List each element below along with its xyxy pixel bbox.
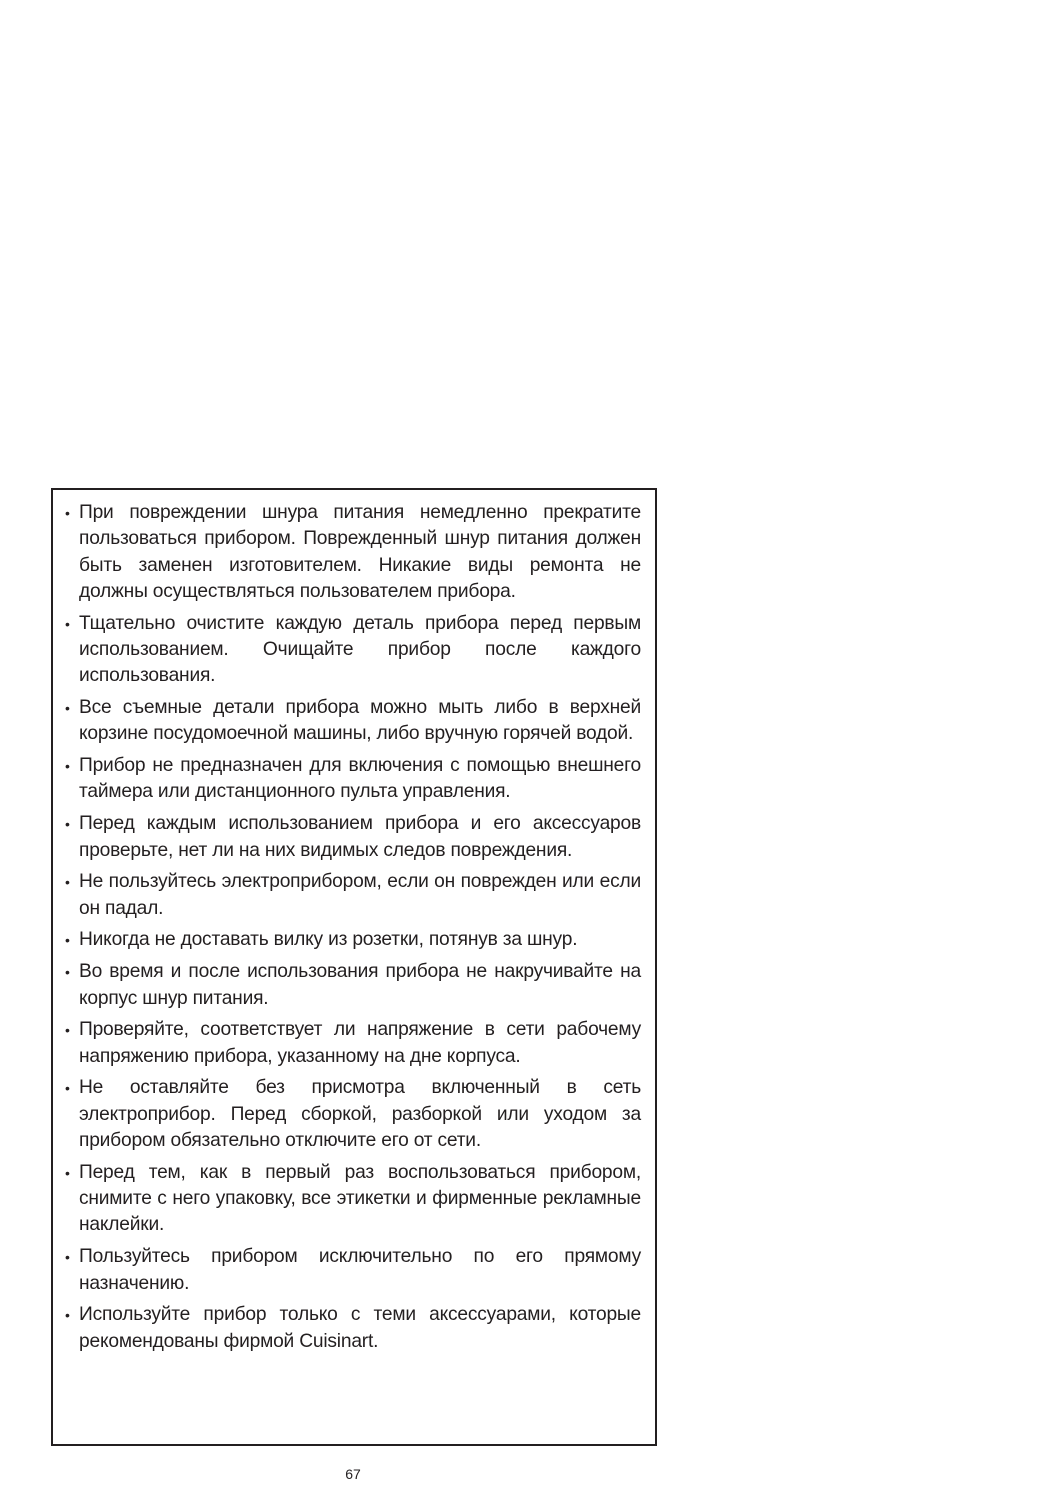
safety-item: •Во время и после использования прибора … <box>65 959 641 1012</box>
safety-item-text: Тщательно очистите каждую деталь прибора… <box>79 611 641 690</box>
safety-item-text: Не пользуйтесь электроприбором, если он … <box>79 869 641 922</box>
safety-item: •Пользуйтесь прибором исключительно по е… <box>65 1244 641 1297</box>
safety-item-text: Никогда не доставать вилку из розетки, п… <box>79 927 641 953</box>
bullet-icon: • <box>65 1075 70 1101</box>
safety-item: •Никогда не доставать вилку из розетки, … <box>65 927 641 953</box>
bullet-icon: • <box>65 1160 70 1186</box>
bullet-icon: • <box>65 1244 70 1270</box>
safety-instructions-box: •При повреждении шнура питания немедленн… <box>51 488 657 1446</box>
safety-item-text: При повреждении шнура питания немедленно… <box>79 500 641 605</box>
safety-item-text: Все съемные детали прибора можно мыть ли… <box>79 695 641 748</box>
bullet-icon: • <box>65 811 70 837</box>
safety-item-text: Не оставляйте без присмотра включенный в… <box>79 1075 641 1154</box>
safety-item: •Тщательно очистите каждую деталь прибор… <box>65 611 641 690</box>
safety-item-text: Прибор не предназначен для включения с п… <box>79 753 641 806</box>
safety-item-text: Во время и после использования прибора н… <box>79 959 641 1012</box>
safety-item-text: Перед тем, как в первый раз воспользоват… <box>79 1160 641 1239</box>
safety-item: •Прибор не предназначен для включения с … <box>65 753 641 806</box>
safety-item-text: Пользуйтесь прибором исключительно по ег… <box>79 1244 641 1297</box>
bullet-icon: • <box>65 1302 70 1328</box>
safety-item: •Используйте прибор только с теми аксесс… <box>65 1302 641 1355</box>
bullet-icon: • <box>65 959 70 985</box>
bullet-icon: • <box>65 753 70 779</box>
safety-item-text: Используйте прибор только с теми аксессу… <box>79 1302 641 1355</box>
safety-item: •Все съемные детали прибора можно мыть л… <box>65 695 641 748</box>
bullet-icon: • <box>65 611 70 637</box>
bullet-icon: • <box>65 695 70 721</box>
safety-item: •Проверяйте, соответствует ли напряжение… <box>65 1017 641 1070</box>
bullet-icon: • <box>65 500 70 526</box>
safety-item: •Не пользуйтесь электроприбором, если он… <box>65 869 641 922</box>
safety-item: •При повреждении шнура питания немедленн… <box>65 500 641 605</box>
safety-item: •Перед каждым использованием прибора и е… <box>65 811 641 864</box>
bullet-icon: • <box>65 1017 70 1043</box>
safety-instructions-list: •При повреждении шнура питания немедленн… <box>53 490 655 1355</box>
bullet-icon: • <box>65 927 70 953</box>
safety-item-text: Проверяйте, соответствует ли напряжение … <box>79 1017 641 1070</box>
safety-item-text: Перед каждым использованием прибора и ег… <box>79 811 641 864</box>
page-number: 67 <box>0 1466 706 1482</box>
bullet-icon: • <box>65 869 70 895</box>
safety-item: •Не оставляйте без присмотра включенный … <box>65 1075 641 1154</box>
safety-item: •Перед тем, как в первый раз воспользова… <box>65 1160 641 1239</box>
